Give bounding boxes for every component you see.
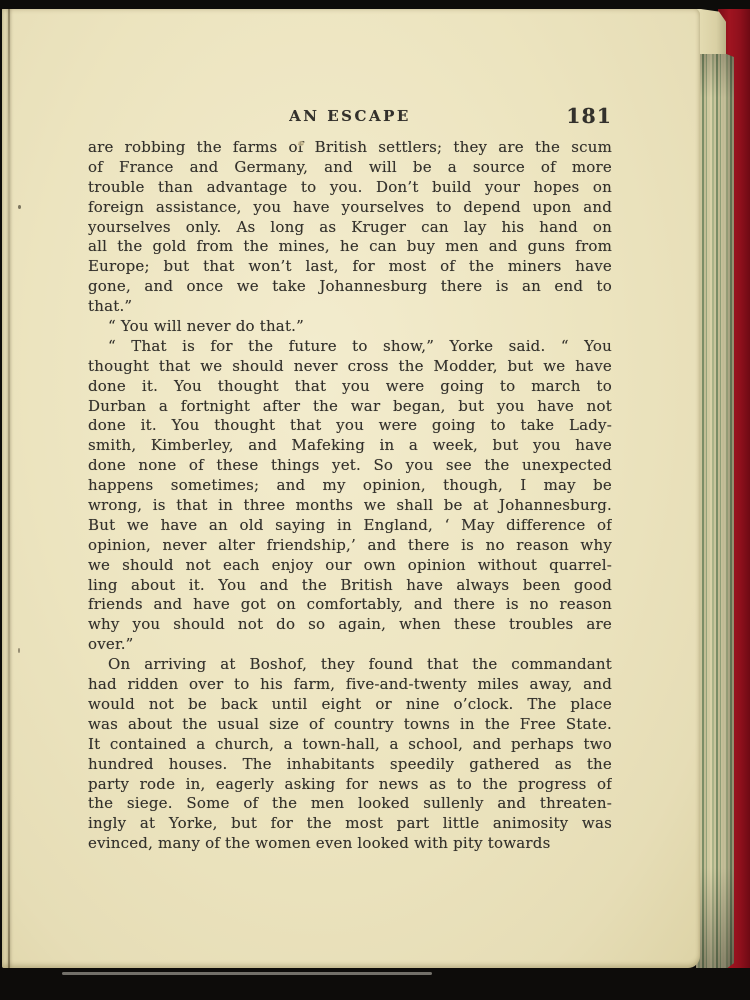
text-line: Europe; but that won’t last, for most of… [88,257,612,277]
text-line: party rode in, eagerly asking for news a… [88,775,612,795]
text-line: But we have an old saying in England, ‘ … [88,516,612,536]
text-line: “ That is for the future to show,” Yorke… [88,337,612,357]
page-bottom-edge-highlight [62,972,432,975]
text-line: ingly at Yorke, but for the most part li… [88,814,612,834]
page-number: 181 [504,104,612,128]
text-line: are robbing the farms of British settler… [88,138,612,158]
text-line: happens sometimes; and my opinion, thoug… [88,476,612,496]
text-line: ling about it. You and the British have … [88,576,612,596]
text-line: done none of these things yet. So you se… [88,456,612,476]
paper-speck [18,648,20,653]
text-line: all the gold from the mines, he can buy … [88,237,612,257]
gutter-crease [8,8,10,968]
text-line: foreign assistance, you have yourselves … [88,198,612,218]
text-body: are robbing the farms of British settler… [88,138,612,854]
text-line: wrong, is that in three months we shall … [88,496,612,516]
text-line: Durban a fortnight after the war began, … [88,397,612,417]
text-line: we should not each enjoy our own opinion… [88,556,612,576]
paper-speck [18,205,21,209]
text-line: It contained a church, a town-hall, a sc… [88,735,612,755]
text-line: evinced, many of the women even looked w… [88,834,612,854]
text-line: was about the usual size of country town… [88,715,612,735]
scan-frame-top [0,0,750,9]
text-line: over.” [88,635,612,655]
text-line: yourselves only. As long as Kruger can l… [88,218,612,238]
text-line: opinion, never alter friendship,’ and th… [88,536,612,556]
text-line: friends and have got on comfortably, and… [88,595,612,615]
text-line: that.” [88,297,612,317]
page-header: AN ESCAPE 181 [88,104,612,128]
text-line: On arriving at Boshof, they found that t… [88,655,612,675]
paper-speck [298,141,304,146]
text-line: thought that we should never cross the M… [88,357,612,377]
text-line: hundred houses. The inhabitants speedily… [88,755,612,775]
text-line: done it. You thought that you were going… [88,416,612,436]
text-line: the siege. Some of the men looked sullen… [88,794,612,814]
text-line: “ You will never do that.” [88,317,612,337]
text-line: had ridden over to his farm, five-and-tw… [88,675,612,695]
page-edge-stack [696,42,734,980]
text-line: smith, Kimberley, and Mafeking in a week… [88,436,612,456]
text-line: done it. You thought that you were going… [88,377,612,397]
text-line: of France and Germany, and will be a sou… [88,158,612,178]
text-line: why you should not do so again, when the… [88,615,612,635]
book-page: AN ESCAPE 181 are robbing the farms of B… [2,8,700,968]
text-line: gone, and once we take Johannesburg ther… [88,277,612,297]
text-line: trouble than advantage to you. Don’t bui… [88,178,612,198]
text-line: would not be back until eight or nine o’… [88,695,612,715]
